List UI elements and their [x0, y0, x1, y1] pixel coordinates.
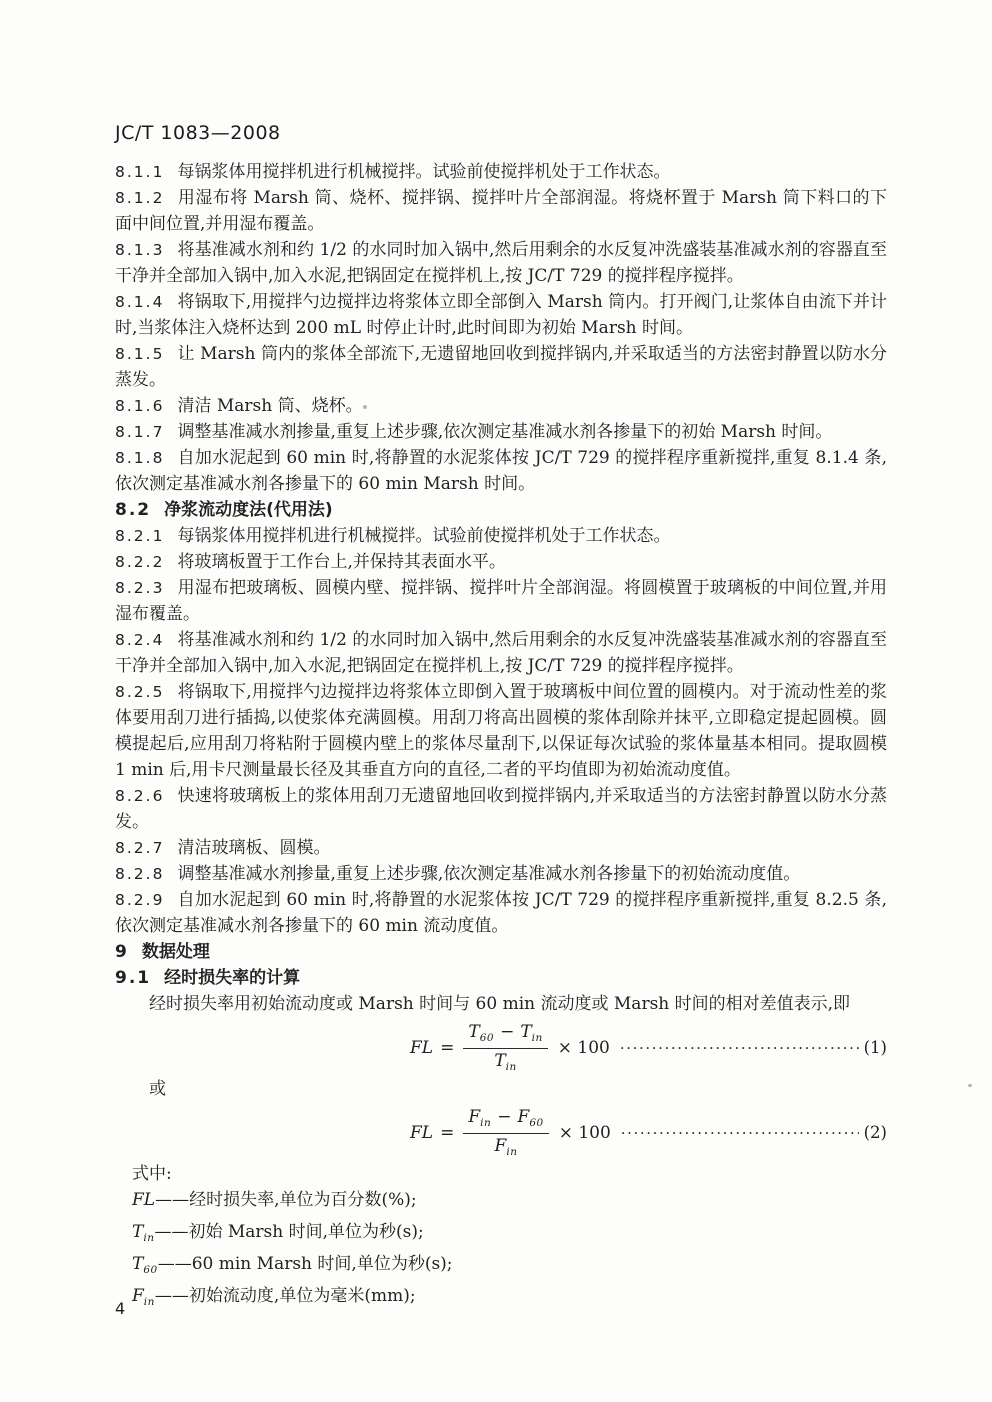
clause-text: 用湿布把玻璃板、圆模内壁、搅拌锅、搅拌叶片全部润湿。将圆模置于玻璃板的中间位置,… [115, 578, 887, 624]
section-heading-8-2: 8.2净浆流动度法(代用法) [115, 497, 887, 523]
clause-number: 8.2.2 [115, 553, 164, 571]
variable-symbol: T [132, 1254, 143, 1274]
clause-8-2-7: 8.2.7清洁玻璃板、圆模。 [115, 835, 887, 861]
clause-number: 8.2.3 [115, 579, 164, 597]
clause-8-1-3: 8.1.3将基准减水剂和约 1/2 的水同时加入锅中,然后用剩余的水反复冲洗盛装… [115, 237, 887, 289]
section-heading-9: 9数据处理 [115, 939, 887, 965]
clause-8-1-8: 8.1.8自加水泥起到 60 min 时,将静置的水泥浆体按 JC/T 729 … [115, 445, 887, 497]
page-content: JC/T 1083—2008 8.1.1每锅浆体用搅拌机进行机械搅拌。试验前使搅… [115, 122, 887, 1315]
formula-intro-paragraph: 经时损失率用初始流动度或 Marsh 时间与 60 min 流动度或 Marsh… [115, 991, 887, 1017]
clause-8-1-4: 8.1.4将锅取下,用搅拌勺边搅拌边将浆体立即全部倒入 Marsh 筒内。打开阀… [115, 289, 887, 341]
clause-number: 8.2.6 [115, 787, 164, 805]
clause-text: 将锅取下,用搅拌勺边搅拌边将浆体立即倒入置于玻璃板中间位置的圆模内。对于流动性差… [115, 682, 887, 780]
scan-artifact-speck [968, 1084, 972, 1087]
section-number: 9.1 [115, 968, 151, 988]
section-number: 9 [115, 942, 129, 962]
formula-lhs: FL [410, 1040, 433, 1057]
or-label: 或 [115, 1076, 887, 1102]
clause-text: 清洁 Marsh 筒、烧杯。 [177, 396, 362, 416]
variable-symbol: FL [132, 1190, 155, 1210]
section-heading-9-1: 9.1经时损失率的计算 [115, 965, 887, 991]
clause-text: 将玻璃板置于工作台上,并保持其表面水平。 [177, 552, 505, 572]
clause-8-2-1: 8.2.1每锅浆体用搅拌机进行机械搅拌。试验前使搅拌机处于工作状态。 [115, 523, 887, 549]
definition-Fin: Fin——初始流动度,单位为毫米(mm); [115, 1283, 887, 1315]
definition-text: ——经时损失率,单位为百分数(%); [155, 1190, 417, 1210]
variable-symbol: F [132, 1286, 144, 1306]
clause-8-2-2: 8.2.2将玻璃板置于工作台上,并保持其表面水平。 [115, 549, 887, 575]
minus-sign: − [500, 1022, 514, 1042]
clause-number: 8.1.6 [115, 397, 164, 415]
clause-text: 用湿布将 Marsh 筒、烧杯、搅拌锅、搅拌叶片全部润湿。将烧杯置于 Marsh… [115, 188, 887, 234]
fraction: Fin−F60 Fin [463, 1109, 548, 1157]
clause-text: 调整基准减水剂掺量,重复上述步骤,依次测定基准减水剂各掺量下的初始流动度值。 [177, 864, 800, 884]
clause-text: 每锅浆体用搅拌机进行机械搅拌。试验前使搅拌机处于工作状态。 [177, 162, 670, 182]
clause-8-2-5: 8.2.5将锅取下,用搅拌勺边搅拌边将浆体立即倒入置于玻璃板中间位置的圆模内。对… [115, 679, 887, 783]
fraction-denominator: Tin [463, 1049, 547, 1073]
definition-text: ——60 min Marsh 时间,单位为秒(s); [158, 1254, 453, 1274]
clause-text: 调整基准减水剂掺量,重复上述步骤,依次测定基准减水剂各掺量下的初始 Marsh … [177, 422, 832, 442]
clause-8-2-4: 8.2.4将基准减水剂和约 1/2 的水同时加入锅中,然后用剩余的水反复冲洗盛装… [115, 627, 887, 679]
clause-number: 8.2.4 [115, 631, 164, 649]
clause-8-2-9: 8.2.9自加水泥起到 60 min 时,将静置的水泥浆体按 JC/T 729 … [115, 887, 887, 939]
document-page: JC/T 1083—2008 8.1.1每锅浆体用搅拌机进行机械搅拌。试验前使搅… [0, 0, 992, 1402]
clause-text: 将锅取下,用搅拌勺边搅拌边将浆体立即全部倒入 Marsh 筒内。打开阀门,让浆体… [115, 292, 887, 338]
equation-number: (2) [864, 1125, 887, 1142]
section-title: 净浆流动度法(代用法) [164, 500, 333, 520]
definition-T60: T60——60 min Marsh 时间,单位为秒(s); [115, 1251, 887, 1283]
section-number: 8.2 [115, 500, 151, 520]
equals-sign: = [440, 1125, 454, 1142]
fraction: T60−Tin Tin [463, 1024, 547, 1072]
clause-8-2-3: 8.2.3用湿布把玻璃板、圆模内壁、搅拌锅、搅拌叶片全部润湿。将圆模置于玻璃板的… [115, 575, 887, 627]
clause-number: 8.1.8 [115, 449, 164, 467]
clause-number: 8.2.1 [115, 527, 164, 545]
clause-text: 将基准减水剂和约 1/2 的水同时加入锅中,然后用剩余的水反复冲洗盛装基准减水剂… [115, 240, 887, 286]
clause-8-1-2: 8.1.2用湿布将 Marsh 筒、烧杯、搅拌锅、搅拌叶片全部润湿。将烧杯置于 … [115, 185, 887, 237]
fraction-denominator: Fin [463, 1134, 548, 1158]
clause-8-1-1: 8.1.1每锅浆体用搅拌机进行机械搅拌。试验前使搅拌机处于工作状态。 [115, 159, 887, 185]
clause-8-2-6: 8.2.6快速将玻璃板上的浆体用刮刀无遗留地回收到搅拌锅内,并采取适当的方法密封… [115, 783, 887, 835]
clause-number: 8.2.7 [115, 839, 164, 857]
definition-FL: FL——经时损失率,单位为百分数(%); [115, 1187, 887, 1219]
clause-text: 自加水泥起到 60 min 时,将静置的水泥浆体按 JC/T 729 的搅拌程序… [115, 890, 887, 936]
equation-number: (1) [864, 1040, 887, 1057]
clause-number: 8.2.9 [115, 891, 164, 909]
minus-sign: − [497, 1107, 511, 1127]
definition-Tin: Tin——初始 Marsh 时间,单位为秒(s); [115, 1219, 887, 1251]
clause-text: 每锅浆体用搅拌机进行机械搅拌。试验前使搅拌机处于工作状态。 [177, 526, 670, 546]
clause-8-1-7: 8.1.7调整基准减水剂掺量,重复上述步骤,依次测定基准减水剂各掺量下的初始 M… [115, 419, 887, 445]
definition-text: ——初始 Marsh 时间,单位为秒(s); [154, 1222, 423, 1242]
clause-number: 8.1.7 [115, 423, 164, 441]
clause-number: 8.1.2 [115, 189, 164, 207]
clause-text: 快速将玻璃板上的浆体用刮刀无遗留地回收到搅拌锅内,并采取适当的方法密封静置以防水… [115, 786, 887, 832]
clause-8-1-5: 8.1.5让 Marsh 筒内的浆体全部流下,无遗留地回收到搅拌锅内,并采取适当… [115, 341, 887, 393]
fraction-numerator: Fin−F60 [463, 1109, 548, 1134]
clause-text: 让 Marsh 筒内的浆体全部流下,无遗留地回收到搅拌锅内,并采取适当的方法密封… [115, 344, 887, 390]
dotted-leader: ········································… [620, 1041, 859, 1056]
section-title: 数据处理 [142, 942, 210, 962]
section-title: 经时损失率的计算 [164, 968, 300, 988]
scan-artifact-speck [363, 405, 367, 409]
fraction-numerator: T60−Tin [463, 1024, 547, 1049]
definition-text: ——初始流动度,单位为毫米(mm); [155, 1286, 416, 1306]
clause-number: 8.1.1 [115, 163, 164, 181]
clause-number: 8.1.3 [115, 241, 164, 259]
multiplier: × 100 [559, 1125, 611, 1142]
multiplier: × 100 [558, 1040, 610, 1057]
clause-number: 8.1.4 [115, 293, 164, 311]
clause-8-1-6: 8.1.6清洁 Marsh 筒、烧杯。 [115, 393, 887, 419]
clause-text: 自加水泥起到 60 min 时,将静置的水泥浆体按 JC/T 729 的搅拌程序… [115, 448, 887, 494]
formula-lhs: FL [410, 1125, 433, 1142]
formula-2: FL = Fin−F60 Fin × 100 ·················… [115, 1109, 887, 1157]
formula-1: FL = T60−Tin Tin × 100 ·················… [115, 1024, 887, 1072]
variable-symbol: T [132, 1222, 143, 1242]
equals-sign: = [440, 1040, 454, 1057]
dotted-leader: ········································… [621, 1126, 859, 1141]
clause-text: 将基准减水剂和约 1/2 的水同时加入锅中,然后用剩余的水反复冲洗盛装基准减水剂… [115, 630, 887, 676]
clause-text: 清洁玻璃板、圆模。 [177, 838, 330, 858]
clause-number: 8.2.8 [115, 865, 164, 883]
clause-8-2-8: 8.2.8调整基准减水剂掺量,重复上述步骤,依次测定基准减水剂各掺量下的初始流动… [115, 861, 887, 887]
standard-code-header: JC/T 1083—2008 [115, 122, 887, 144]
clause-number: 8.2.5 [115, 683, 164, 701]
clause-number: 8.1.5 [115, 345, 164, 363]
page-number: 4 [115, 1299, 125, 1318]
where-label: 式中: [115, 1161, 887, 1187]
